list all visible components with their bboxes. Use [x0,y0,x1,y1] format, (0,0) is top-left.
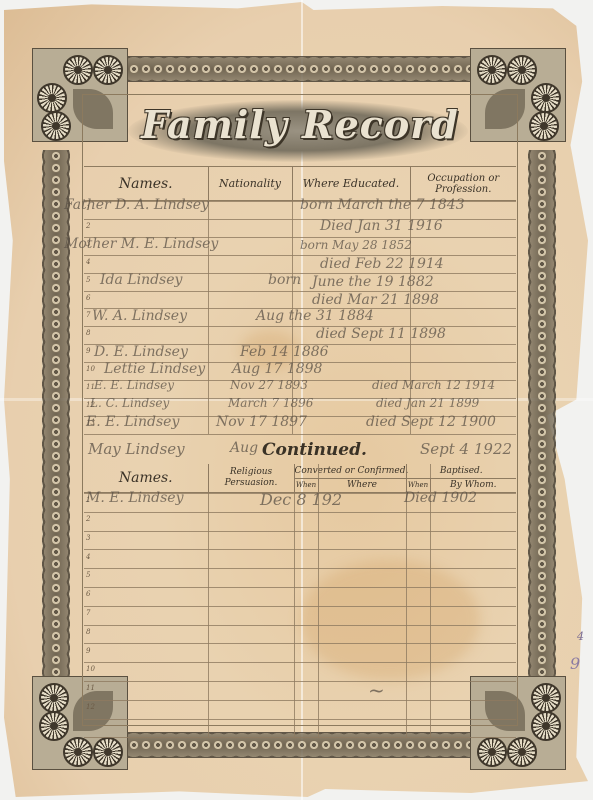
continued-heading: Continued. [262,440,367,460]
entry-name-10: Lettie Lindsey [104,361,205,377]
ruled-line [84,606,516,607]
lower-entry-converted-1: Dec 8 192 [260,490,342,509]
ruled-line [84,568,516,569]
entry-where-14: Sept 4 1922 [420,440,512,458]
row-number: 10 [86,365,95,373]
entry-nationality-13: Nov 17 1897 [216,414,307,430]
rosette-icon [507,55,537,85]
ruled-line [84,737,516,738]
entry-where-12: died Jan 21 1899 [376,396,479,410]
family-record-table: Names. Nationality Where Educated. Occup… [84,166,516,201]
header-names: Names. [84,167,208,201]
row-number: 9 [86,647,90,655]
row-number: 8 [86,628,90,636]
entry-name-1: Father D. A. Lindsey [64,197,209,213]
ruled-line [84,681,516,682]
header-nationality: Nationality [208,167,292,201]
row-number: 11 [86,684,95,692]
entry-nationality-11: Nov 27 1893 [230,378,308,392]
rosette-icon [63,737,93,767]
lower-entry-baptised-1: Died 1902 [404,490,477,506]
entry-where-1: born March the 7 1843 [300,197,465,213]
header-where-educated: Where Educated. [292,167,410,201]
entry-name-14: May Lindsey [88,440,185,458]
ruled-line [84,291,516,292]
rosette-icon [93,737,123,767]
rosette-icon [39,711,69,741]
rosette-icon [37,83,67,113]
header-converted: Converted or Confirmed. [294,464,406,478]
ruled-line [84,643,516,644]
row-number: 12 [86,703,95,711]
entry-where-13: died Sept 12 1900 [366,414,496,430]
row-number: 7 [86,311,90,319]
row-number: 2 [86,515,90,523]
row-number: 3 [86,534,90,542]
ornamental-border-left [42,150,70,690]
ruled-line [84,434,516,435]
row-number: 4 [86,553,90,561]
entry-name-3: Mother M. E. Lindsey [64,236,218,252]
header-occupation: Occupation or Profession. [410,167,516,201]
rosette-icon [93,55,123,85]
row-number: 8 [86,329,90,337]
rosette-icon [531,83,561,113]
ruled-line [84,219,516,220]
margin-note: 9 [570,654,580,673]
ruled-line [84,512,516,513]
ornamental-border-top [128,56,476,82]
entry-name-9: D. E. Lindsey [94,344,188,360]
entry-name-13: E. E. Lindsey [86,414,179,430]
row-number: 6 [86,294,90,302]
rosette-icon [507,737,537,767]
ruled-line [84,700,516,701]
row-number: 2 [86,222,90,230]
rosette-icon [531,711,561,741]
row-number: 9 [86,347,90,355]
entry-nationality-5: born [268,272,301,288]
entry-name-7: W. A. Lindsey [92,308,187,324]
entry-where-6: died Mar 21 1898 [312,292,439,308]
ruled-line [84,719,516,720]
rosette-icon [477,737,507,767]
rosette-icon [39,683,69,713]
entry-where-11: died March 12 1914 [372,378,495,392]
ruled-line [84,255,516,256]
ruled-line [84,531,516,532]
row-number: 10 [86,665,95,673]
entry-where-5: June the 19 1882 [312,274,434,290]
row-number: 5 [86,276,90,284]
margin-note: 4 [577,630,584,643]
entry-where-3: born May 28 1852 [300,238,412,252]
ruled-line [84,625,516,626]
ruled-line [84,662,516,663]
header-religious-persuasion: Religious Persuasion. [208,464,294,492]
rosette-icon [63,55,93,85]
entry-nationality-7: Aug the 31 1884 [256,308,374,324]
row-number: 6 [86,590,90,598]
ornamental-border-right [528,150,556,690]
ornamental-border-bottom [128,732,476,758]
header-names-lower: Names. [84,464,208,492]
lower-entry-name-1: M. E. Lindsey [86,490,184,506]
column-rule [208,464,209,737]
entry-where-4: died Feb 22 1914 [320,256,444,272]
header-baptised: Baptised. [406,464,516,478]
entry-nationality-14: Aug [230,440,258,456]
entry-nationality-10: Aug 17 1898 [232,361,322,377]
entry-where-8: died Sept 11 1898 [316,326,446,342]
row-number: 7 [86,609,90,617]
entry-name-5: Ida Lindsey [100,272,182,288]
row-number: 4 [86,258,90,266]
ruled-line [84,549,516,550]
entry-nationality-9: Feb 14 1886 [240,344,329,360]
entry-nationality-12: March 7 1896 [228,396,313,410]
ruled-line [84,587,516,588]
rosette-icon [529,111,559,141]
tilde-mark: ~ [368,678,385,702]
row-number: 5 [86,571,90,579]
document-title: Family Record [130,102,470,147]
ruled-line [84,326,516,327]
rosette-icon [41,111,71,141]
religious-record-table: Names. Religious Persuasion. Converted o… [84,464,516,493]
entry-name-12: L. C. Lindsey [90,396,169,410]
entry-where-2: Died Jan 31 1916 [320,218,443,234]
rosette-icon [531,683,561,713]
rosette-icon [477,55,507,85]
entry-name-11: E. E. Lindsey [94,378,174,392]
column-rule [292,166,293,434]
